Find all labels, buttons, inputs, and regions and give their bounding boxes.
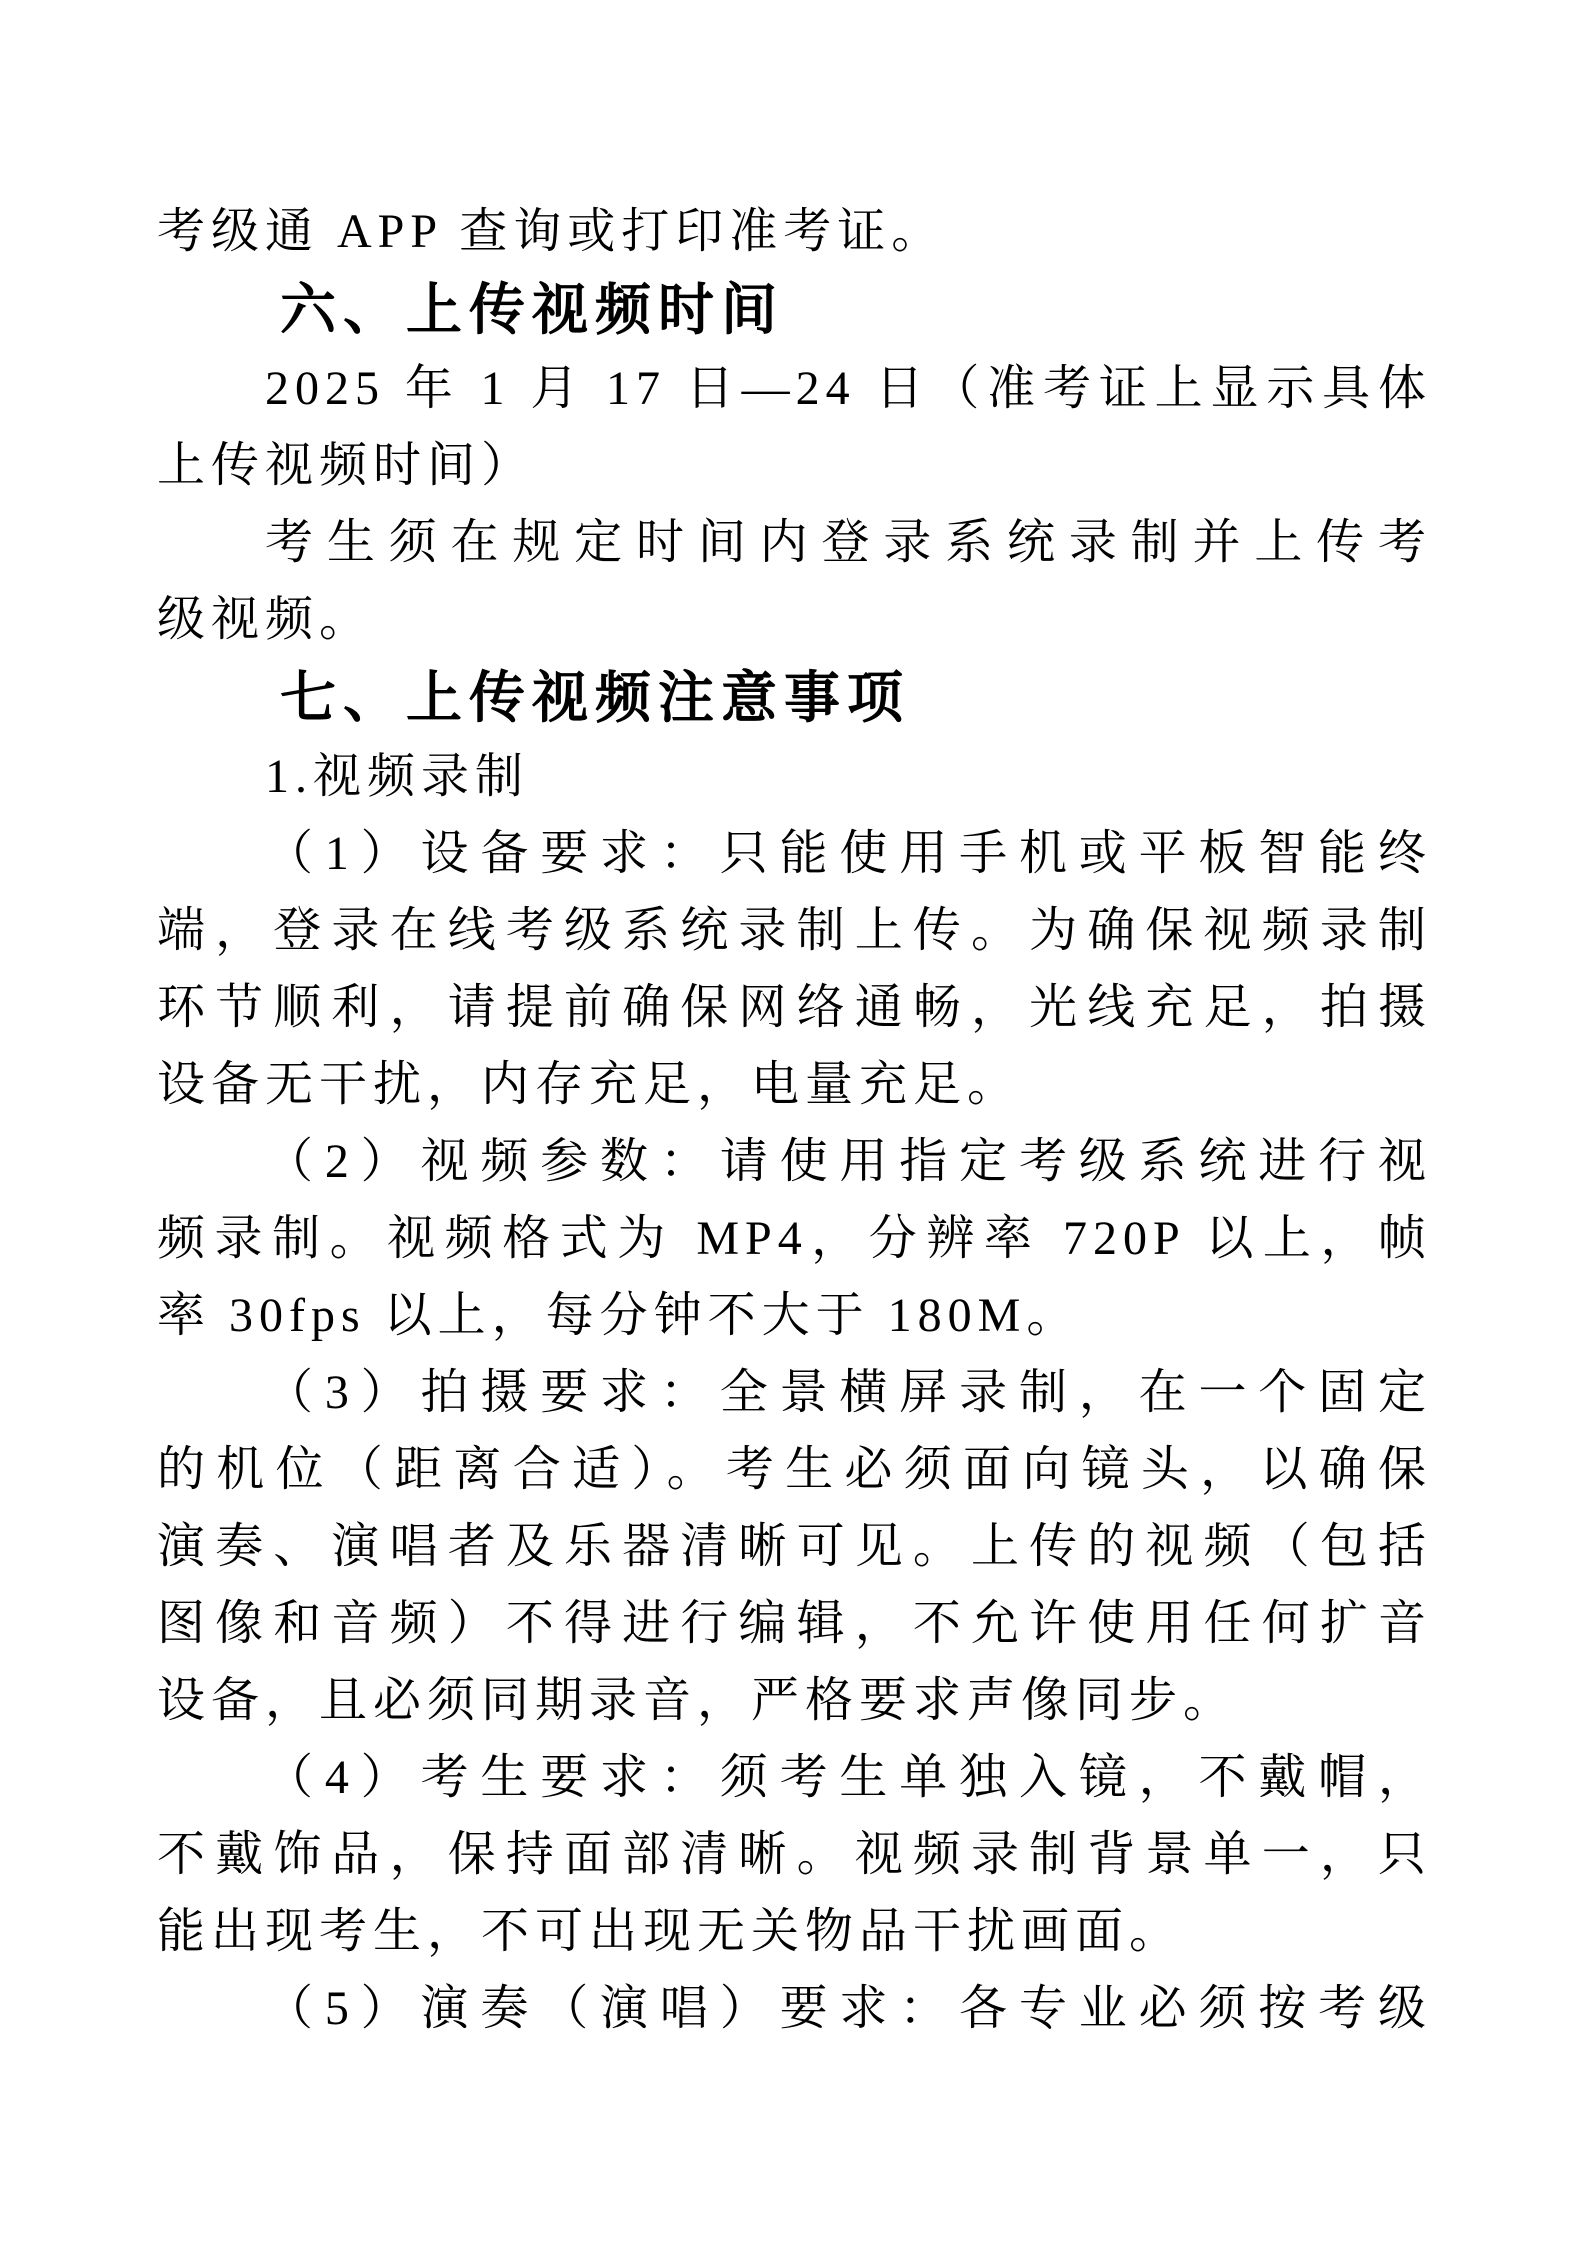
paragraph-line: （4）考生要求：须考生单独入镜，不戴帽， bbox=[157, 1739, 1432, 1816]
paragraph-line: 设备，且必须同期录音，严格要求声像同步。 bbox=[157, 1662, 1432, 1739]
section-heading-seven: 七、上传视频注意事项 bbox=[157, 658, 1432, 738]
paragraph-line: 考级通 APP 查询或打印准考证。 bbox=[157, 193, 1432, 270]
list-item-video-recording: 1.视频录制 bbox=[157, 738, 1432, 815]
paragraph-line: 环节顺利，请提前确保网络通畅，光线充足，拍摄 bbox=[157, 969, 1432, 1046]
document-page: 考级通 APP 查询或打印准考证。 六、上传视频时间 2025 年 1 月 17… bbox=[0, 0, 1587, 2245]
paragraph-line: 频录制。视频格式为 MP4，分辨率 720P 以上，帧 bbox=[157, 1200, 1432, 1277]
paragraph-line: 2025 年 1 月 17 日—24 日（准考证上显示具体 bbox=[157, 350, 1432, 427]
paragraph-line: （3）拍摄要求：全景横屏录制，在一个固定 bbox=[157, 1354, 1432, 1431]
paragraph-line: 演奏、演唱者及乐器清晰可见。上传的视频（包括 bbox=[157, 1508, 1432, 1585]
paragraph-line: （1）设备要求：只能使用手机或平板智能终 bbox=[157, 815, 1432, 892]
paragraph-line: 的机位（距离合适）。考生必须面向镜头，以确保 bbox=[157, 1431, 1432, 1508]
paragraph-line: 级视频。 bbox=[157, 581, 1432, 658]
paragraph-line: 不戴饰品，保持面部清晰。视频录制背景单一，只 bbox=[157, 1816, 1432, 1893]
paragraph-line: 率 30fps 以上，每分钟不大于 180M。 bbox=[157, 1277, 1432, 1354]
paragraph-line: 上传视频时间） bbox=[157, 427, 1432, 504]
paragraph-line: 图像和音频）不得进行编辑，不允许使用任何扩音 bbox=[157, 1585, 1432, 1662]
paragraph-line: （5）演奏（演唱）要求：各专业必须按考级 bbox=[157, 1970, 1432, 2047]
paragraph-line: （2）视频参数：请使用指定考级系统进行视 bbox=[157, 1123, 1432, 1200]
paragraph-line: 端，登录在线考级系统录制上传。为确保视频录制 bbox=[157, 892, 1432, 969]
paragraph-line: 能出现考生，不可出现无关物品干扰画面。 bbox=[157, 1893, 1432, 1970]
paragraph-line: 设备无干扰，内存充足，电量充足。 bbox=[157, 1046, 1432, 1123]
section-heading-six: 六、上传视频时间 bbox=[157, 270, 1432, 350]
paragraph-line: 考生须在规定时间内登录系统录制并上传考 bbox=[157, 504, 1432, 581]
